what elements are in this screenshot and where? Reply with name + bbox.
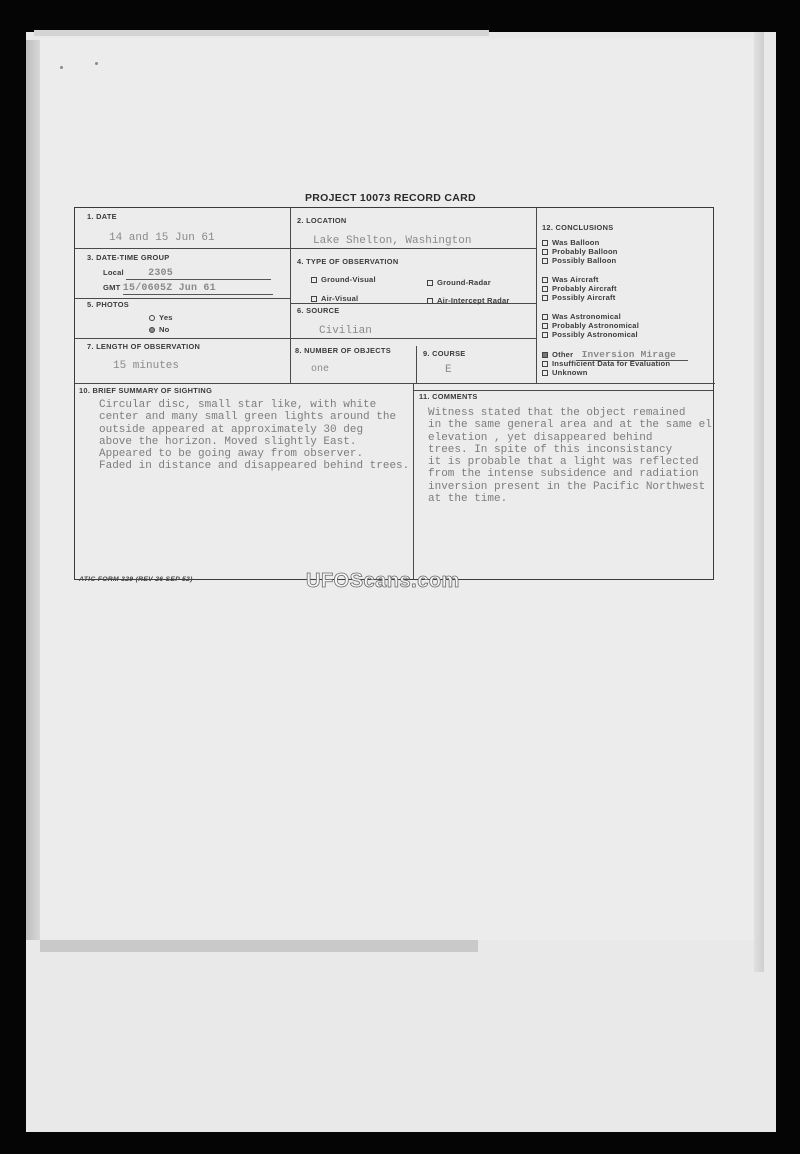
sheet-right-edge <box>754 32 764 972</box>
checkbox <box>542 361 548 367</box>
brief-summary-label: 10. BRIEF SUMMARY OF SIGHTING <box>79 386 212 395</box>
checkbox <box>542 286 548 292</box>
brief-summary-text: Circular disc, small star like, with whi… <box>99 399 409 473</box>
obs-ground-visual: Ground-Visual <box>311 275 376 284</box>
local-time-row: Local 2305 <box>103 268 271 280</box>
checkbox <box>542 249 548 255</box>
radio-checked <box>149 327 155 333</box>
local-time-value: 2305 <box>148 268 173 279</box>
gmt-time-value: 15/0605Z Jun 61 <box>123 283 216 294</box>
conclusion-was-astronomical: Was Astronomical <box>542 312 621 321</box>
photos-yes: Yes <box>149 313 173 322</box>
obs-ground-radar: Ground-Radar <box>427 278 491 287</box>
obs-air-visual: Air-Visual <box>311 294 358 303</box>
conclusion-possibly-balloon: Possibly Balloon <box>542 256 616 265</box>
divider <box>536 208 537 383</box>
checkbox <box>542 332 548 338</box>
checkbox <box>542 240 548 246</box>
sheet-bottom-shadow <box>40 940 478 952</box>
number-of-objects-label: 8. NUMBER OF OBJECTS <box>295 346 391 355</box>
checkbox <box>542 370 548 376</box>
conclusion-probably-aircraft: Probably Aircraft <box>542 284 617 293</box>
date-value: 14 and 15 Jun 61 <box>109 232 215 244</box>
checkbox <box>427 298 433 304</box>
source-value: Civilian <box>319 325 372 337</box>
sheet-edge-shadow <box>26 40 40 940</box>
checkbox <box>542 323 548 329</box>
divider <box>75 338 536 339</box>
photos-label: 5. PHOTOS <box>87 300 129 309</box>
conclusion-was-aircraft: Was Aircraft <box>542 275 599 284</box>
conclusion-probably-balloon: Probably Balloon <box>542 247 618 256</box>
obs-air-intercept-radar: Air-Intercept Radar <box>427 296 510 305</box>
conclusion-possibly-aircraft: Possibly Aircraft <box>542 293 615 302</box>
local-label: Local <box>103 268 124 277</box>
local-time-field: 2305 <box>126 268 271 280</box>
comments-label: 11. COMMENTS <box>419 392 478 401</box>
gmt-label: GMT <box>103 283 120 292</box>
checkbox <box>542 295 548 301</box>
photos-no: No <box>149 325 170 334</box>
scan-speck <box>60 66 63 69</box>
divider <box>75 248 536 249</box>
divider <box>75 298 290 299</box>
checkbox <box>542 258 548 264</box>
location-label: 2. LOCATION <box>297 216 347 225</box>
record-card: 1. DATE 14 and 15 Jun 61 2. LOCATION Lak… <box>74 207 714 580</box>
location-value: Lake Shelton, Washington <box>313 235 471 247</box>
number-of-objects-value: one <box>311 364 329 375</box>
length-of-observation-value: 15 minutes <box>113 360 179 372</box>
divider <box>413 390 713 391</box>
conclusion-insufficient-data: Insufficient Data for Evaluation <box>542 359 670 368</box>
divider <box>75 383 715 384</box>
conclusion-unknown: Unknown <box>542 368 588 377</box>
scan-speck <box>95 62 98 65</box>
divider <box>416 346 417 383</box>
comments-text: Witness stated that the object remained … <box>428 407 712 505</box>
course-label: 9. COURSE <box>423 349 466 358</box>
source-label: 6. SOURCE <box>297 306 340 315</box>
course-value: E <box>445 364 452 376</box>
conclusions-label: 12. CONCLUSIONS <box>542 223 613 232</box>
divider <box>413 383 414 579</box>
date-label: 1. DATE <box>87 212 117 221</box>
checkbox <box>427 280 433 286</box>
checkbox <box>311 296 317 302</box>
date-time-group-label: 3. DATE-TIME GROUP <box>87 253 169 262</box>
conclusion-probably-astronomical: Probably Astronomical <box>542 321 639 330</box>
checkbox-checked <box>542 352 548 358</box>
length-of-observation-label: 7. LENGTH OF OBSERVATION <box>87 342 200 351</box>
checkbox <box>311 277 317 283</box>
conclusion-was-balloon: Was Balloon <box>542 238 599 247</box>
checkbox <box>542 314 548 320</box>
divider <box>290 208 291 383</box>
form-number: ATIC FORM 329 (REV 26 SEP 52) <box>79 576 193 583</box>
sheet-top-band <box>34 30 489 36</box>
gmt-time-field: 15/0605Z Jun 61 <box>123 283 273 295</box>
radio <box>149 315 155 321</box>
watermark: UFOScans.com <box>306 570 460 593</box>
conclusion-possibly-astronomical: Possibly Astronomical <box>542 330 638 339</box>
gmt-time-row: GMT 15/0605Z Jun 61 <box>103 283 273 295</box>
type-of-observation-label: 4. TYPE OF OBSERVATION <box>297 257 398 266</box>
checkbox <box>542 277 548 283</box>
card-title: PROJECT 10073 RECORD CARD <box>305 192 476 204</box>
